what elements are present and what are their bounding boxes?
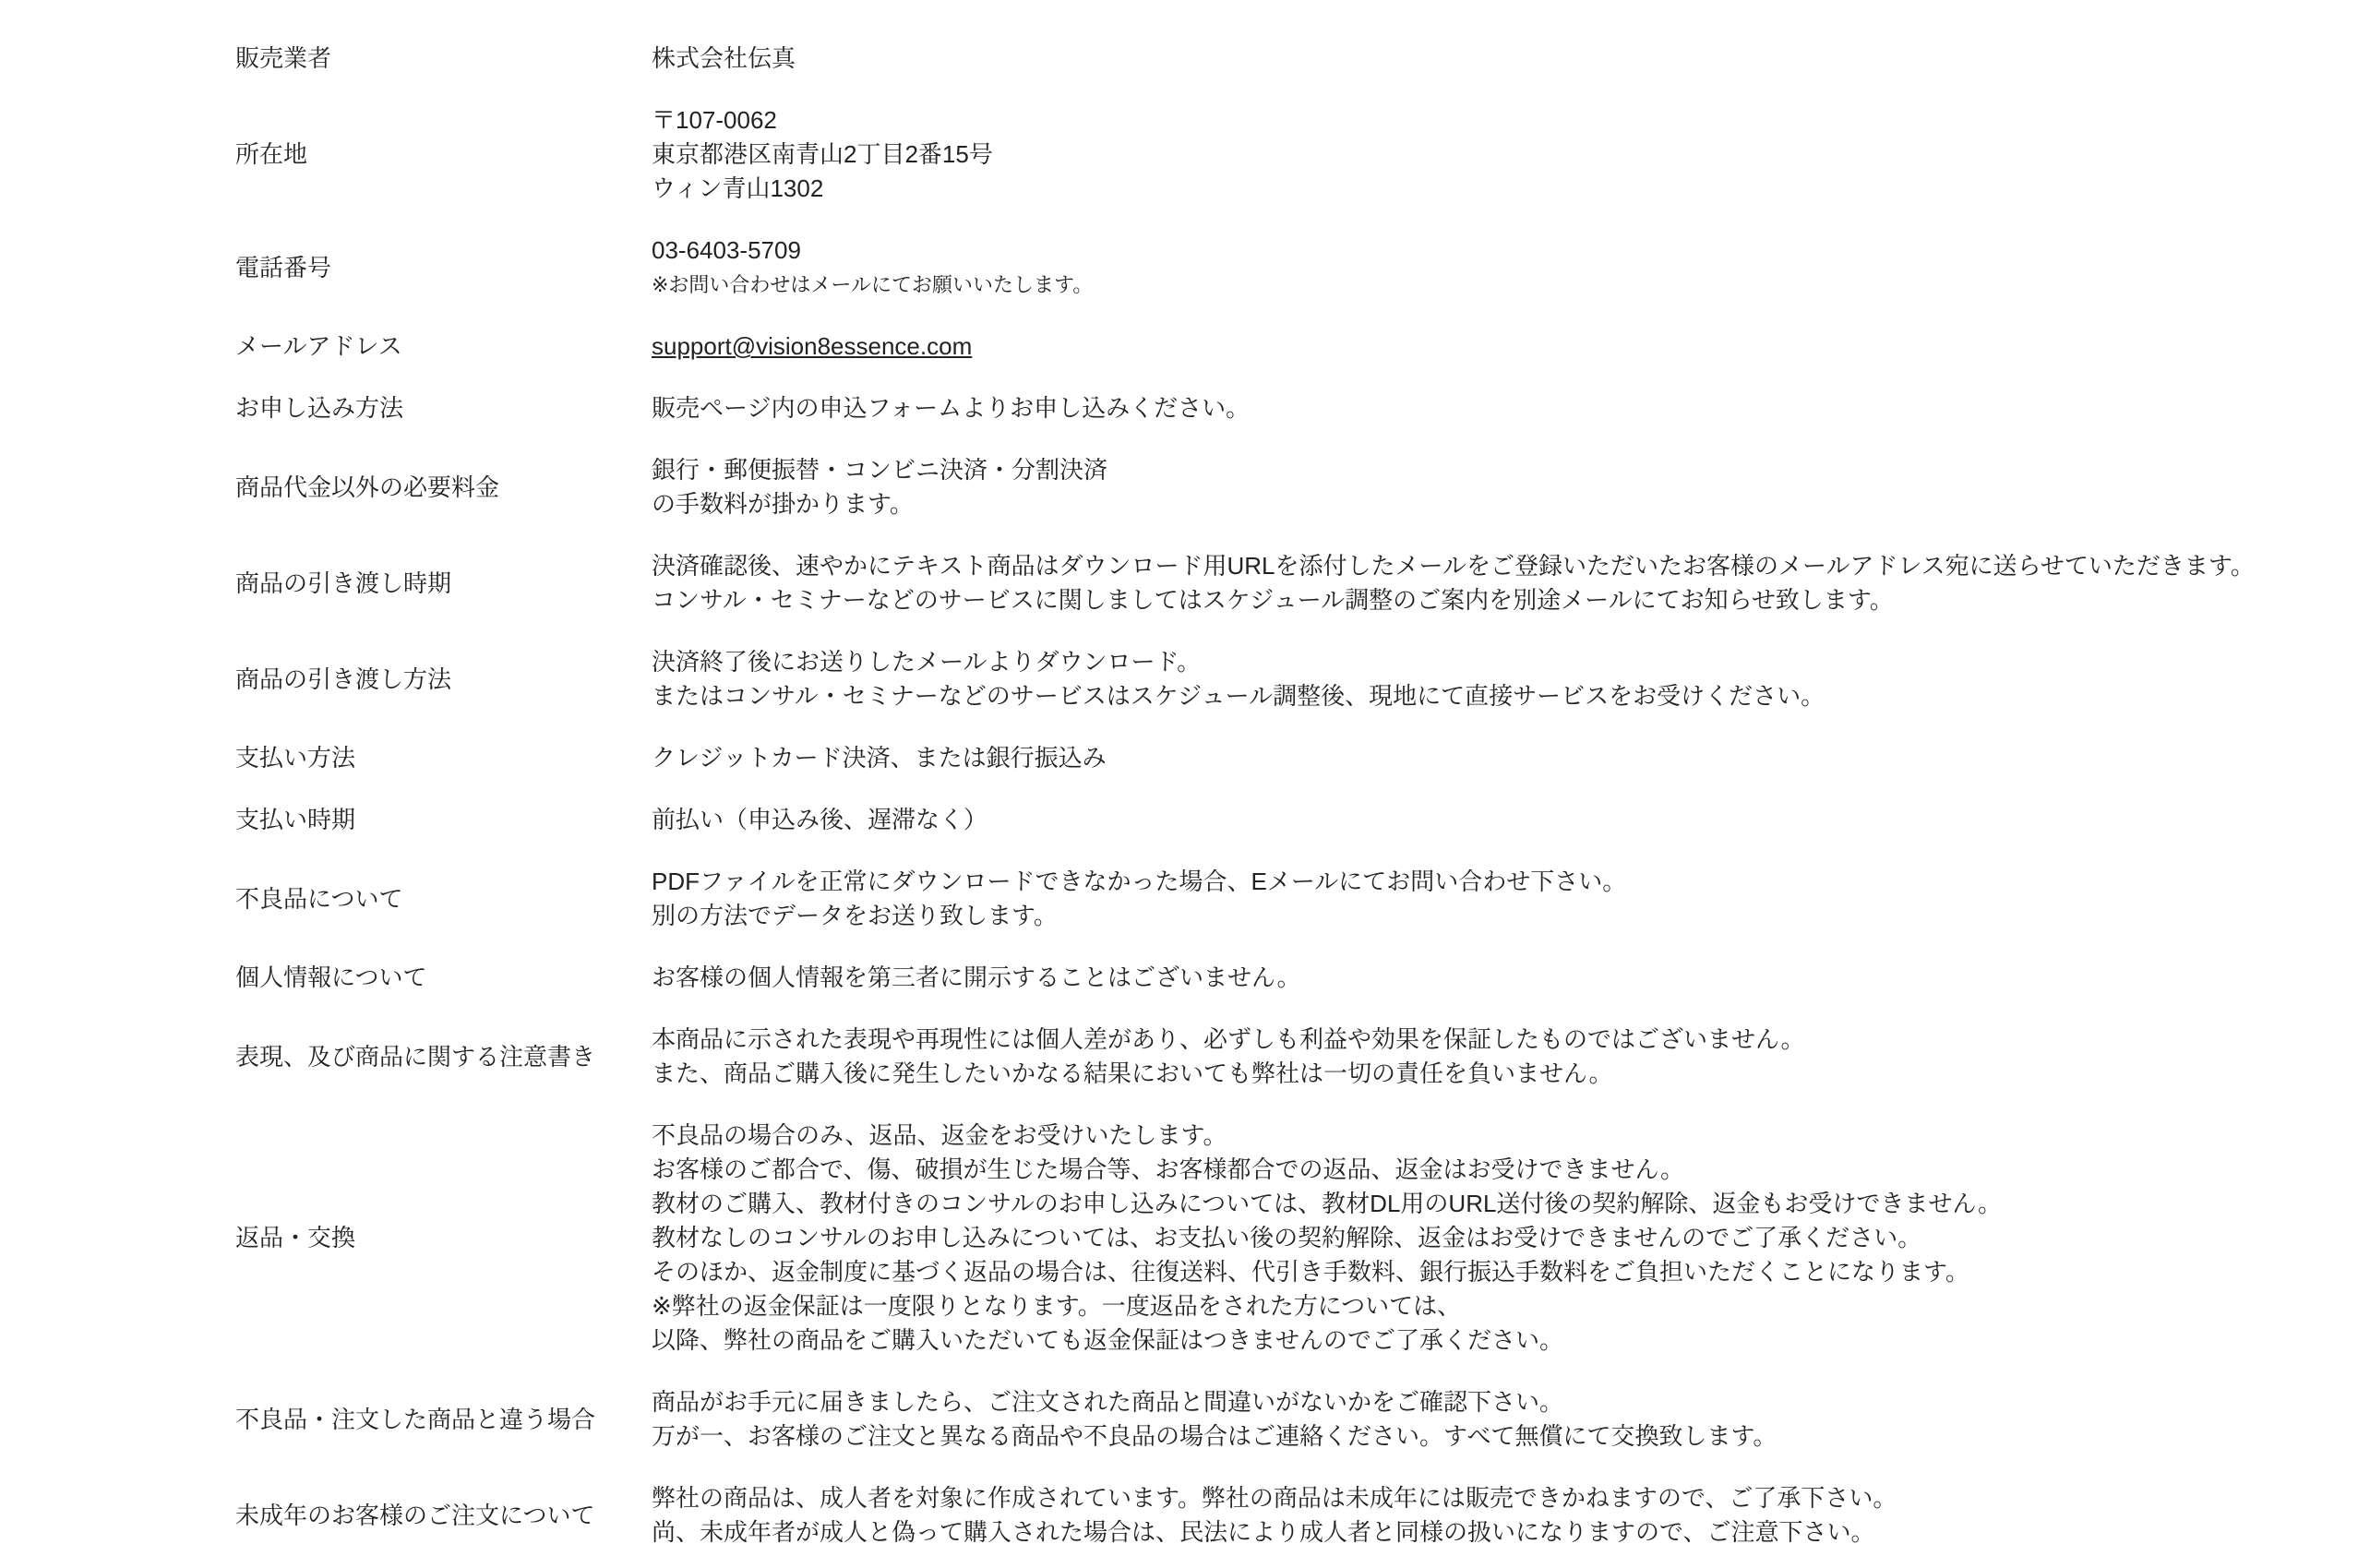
- row-label: 表現、及び商品に関する注意書き: [235, 1040, 652, 1074]
- row-label: 商品代金以外の必要料金: [235, 471, 652, 505]
- value-line: 販売ページ内の申込フォームよりお申し込みください。: [652, 391, 2340, 425]
- table-row-payment-timing: 支払い時期 前払い（申込み後、遅滞なく）: [0, 789, 2358, 851]
- row-value: 銀行・郵便振替・コンビニ決済・分割決済 の手数料が掛かります。: [652, 453, 2358, 521]
- row-label: 商品の引き渡し方法: [235, 663, 652, 697]
- row-label: 不良品・注文した商品と違う場合: [235, 1403, 652, 1437]
- value-line: 教材なしのコンサルのお申し込みについては、お支払い後の契約解除、返金はお受けでき…: [652, 1221, 2340, 1255]
- row-value: クレジットカード決済、または銀行振込み: [652, 741, 2358, 775]
- value-line: 銀行・郵便振替・コンビニ決済・分割決済: [652, 453, 2340, 487]
- table-row-wrong-item: 不良品・注文した商品と違う場合 商品がお手元に届きましたら、ご注文された商品と間…: [0, 1371, 2358, 1467]
- row-value: お客様の個人情報を第三者に開示することはございません。: [652, 961, 2358, 995]
- row-label: 支払い時期: [235, 803, 652, 837]
- row-label: メールアドレス: [235, 329, 652, 364]
- row-label: 不良品について: [235, 882, 652, 916]
- row-label: 個人情報について: [235, 961, 652, 995]
- value-line: お客様のご都合で、傷、破損が生じた場合等、お客様都合での返品、返金はお受けできま…: [652, 1153, 2340, 1187]
- value-line: 不良品の場合のみ、返品、返金をお受けいたします。: [652, 1119, 2340, 1153]
- table-row-email: メールアドレス support@vision8essence.com: [0, 316, 2358, 377]
- table-row-phone: 電話番号 03-6403-5709 ※お問い合わせはメールにてお願いいたします。: [0, 220, 2358, 316]
- value-line: 教材のご購入、教材付きのコンサルのお申し込みについては、教材DL用のURL送付後…: [652, 1187, 2340, 1221]
- value-line: 万が一、お客様のご注文と異なる商品や不良品の場合はご連絡ください。すべて無償にて…: [652, 1419, 2340, 1454]
- table-row-minors: 未成年のお客様のご注文について 弊社の商品は、成人者を対象に作成されています。弊…: [0, 1467, 2358, 1563]
- value-line: ウィン青山1302: [652, 172, 2340, 206]
- row-value: 決済確認後、速やかにテキスト商品はダウンロード用URLを添付したメールをご登録い…: [652, 549, 2358, 617]
- table-row-disclaimer: 表現、及び商品に関する注意書き 本商品に示された表現や再現性には個人差があり、必…: [0, 1009, 2358, 1105]
- row-value: 〒107-0062 東京都港区南青山2丁目2番15号 ウィン青山1302: [652, 103, 2358, 206]
- phone-number: 03-6403-5709: [652, 233, 2340, 268]
- row-label: 返品・交換: [235, 1221, 652, 1255]
- value-line: 商品がお手元に届きましたら、ご注文された商品と間違いがないかをご確認下さい。: [652, 1385, 2340, 1419]
- row-label: 商品の引き渡し時期: [235, 567, 652, 601]
- row-value: 03-6403-5709 ※お問い合わせはメールにてお願いいたします。: [652, 233, 2358, 302]
- table-row-defective-items: 不良品について PDFファイルを正常にダウンロードできなかった場合、Eメールにて…: [0, 851, 2358, 947]
- row-label: お申し込み方法: [235, 391, 652, 425]
- table-row-seller: 販売業者 株式会社伝真: [0, 28, 2358, 90]
- value-line: 本商品に示された表現や再現性には個人差があり、必ずしも利益や効果を保証したもので…: [652, 1023, 2340, 1057]
- value-line: 〒107-0062: [652, 103, 2340, 138]
- row-value: 本商品に示された表現や再現性には個人差があり、必ずしも利益や効果を保証したもので…: [652, 1023, 2358, 1091]
- value-line: 弊社の商品は、成人者を対象に作成されています。弊社の商品は未成年には販売できかね…: [652, 1481, 2340, 1515]
- phone-note: ※お問い合わせはメールにてお願いいたします。: [652, 268, 2340, 302]
- value-line: コンサル・セミナーなどのサービスに関しましてはスケジュール調整のご案内を別途メー…: [652, 583, 2340, 617]
- row-label: 未成年のお客様のご注文について: [235, 1499, 652, 1533]
- table-row-delivery-method: 商品の引き渡し方法 決済終了後にお送りしたメールよりダウンロード。 またはコンサ…: [0, 631, 2358, 727]
- table-row-payment-method: 支払い方法 クレジットカード決済、または銀行振込み: [0, 727, 2358, 789]
- row-label: 支払い方法: [235, 741, 652, 775]
- table-row-extra-fees: 商品代金以外の必要料金 銀行・郵便振替・コンビニ決済・分割決済 の手数料が掛かり…: [0, 439, 2358, 535]
- value-line: お客様の個人情報を第三者に開示することはございません。: [652, 961, 2340, 995]
- value-line: そのほか、返金制度に基づく返品の場合は、往復送料、代引き手数料、銀行振込手数料を…: [652, 1255, 2340, 1289]
- row-value: 弊社の商品は、成人者を対象に作成されています。弊社の商品は未成年には販売できかね…: [652, 1481, 2358, 1550]
- value-line: また、商品ご購入後に発生したいかなる結果においても弊社は一切の責任を負いません。: [652, 1057, 2340, 1091]
- value-line: 以降、弊社の商品をご購入いただいても返金保証はつきませんのでご了承ください。: [652, 1323, 2340, 1358]
- value-line: 別の方法でデータをお送り致します。: [652, 899, 2340, 933]
- row-value: support@vision8essence.com: [652, 329, 2358, 364]
- row-value: 販売ページ内の申込フォームよりお申し込みください。: [652, 391, 2358, 425]
- value-line: ※弊社の返金保証は一度限りとなります。一度返品をされた方については、: [652, 1289, 2340, 1323]
- value-line: 前払い（申込み後、遅滞なく）: [652, 803, 2340, 837]
- table-row-address: 所在地 〒107-0062 東京都港区南青山2丁目2番15号 ウィン青山1302: [0, 90, 2358, 220]
- value-line: の手数料が掛かります。: [652, 487, 2340, 521]
- row-value: 前払い（申込み後、遅滞なく）: [652, 803, 2358, 837]
- table-row-returns-exchange: 返品・交換 不良品の場合のみ、返品、返金をお受けいたします。 お客様のご都合で、…: [0, 1105, 2358, 1371]
- row-value: 決済終了後にお送りしたメールよりダウンロード。 またはコンサル・セミナーなどのサ…: [652, 645, 2358, 713]
- value-line: 東京都港区南青山2丁目2番15号: [652, 138, 2340, 172]
- value-line: 尚、未成年者が成人と偽って購入された場合は、民法により成人者と同様の扱いになりま…: [652, 1515, 2340, 1550]
- table-row-personal-info: 個人情報について お客様の個人情報を第三者に開示することはございません。: [0, 947, 2358, 1009]
- value-line: 決済確認後、速やかにテキスト商品はダウンロード用URLを添付したメールをご登録い…: [652, 549, 2340, 583]
- commercial-transaction-disclosure-page: 販売業者 株式会社伝真 所在地 〒107-0062 東京都港区南青山2丁目2番1…: [0, 0, 2358, 1563]
- row-value: 商品がお手元に届きましたら、ご注文された商品と間違いがないかをご確認下さい。 万…: [652, 1385, 2358, 1454]
- email-link[interactable]: support@vision8essence.com: [652, 332, 972, 360]
- row-value: 株式会社伝真: [652, 42, 2358, 76]
- value-line: PDFファイルを正常にダウンロードできなかった場合、Eメールにてお問い合わせ下さ…: [652, 865, 2340, 899]
- row-label: 電話番号: [235, 251, 652, 285]
- row-value: 不良品の場合のみ、返品、返金をお受けいたします。 お客様のご都合で、傷、破損が生…: [652, 1119, 2358, 1358]
- table-row-delivery-timing: 商品の引き渡し時期 決済確認後、速やかにテキスト商品はダウンロード用URLを添付…: [0, 535, 2358, 631]
- value-line: 決済終了後にお送りしたメールよりダウンロード。: [652, 645, 2340, 679]
- value-line: クレジットカード決済、または銀行振込み: [652, 741, 2340, 775]
- row-label: 所在地: [235, 138, 652, 172]
- row-label: 販売業者: [235, 42, 652, 76]
- row-value: PDFファイルを正常にダウンロードできなかった場合、Eメールにてお問い合わせ下さ…: [652, 865, 2358, 933]
- table-row-how-to-apply: お申し込み方法 販売ページ内の申込フォームよりお申し込みください。: [0, 377, 2358, 439]
- value-line: またはコンサル・セミナーなどのサービスはスケジュール調整後、現地にて直接サービス…: [652, 679, 2340, 713]
- value-line: 株式会社伝真: [652, 42, 2340, 76]
